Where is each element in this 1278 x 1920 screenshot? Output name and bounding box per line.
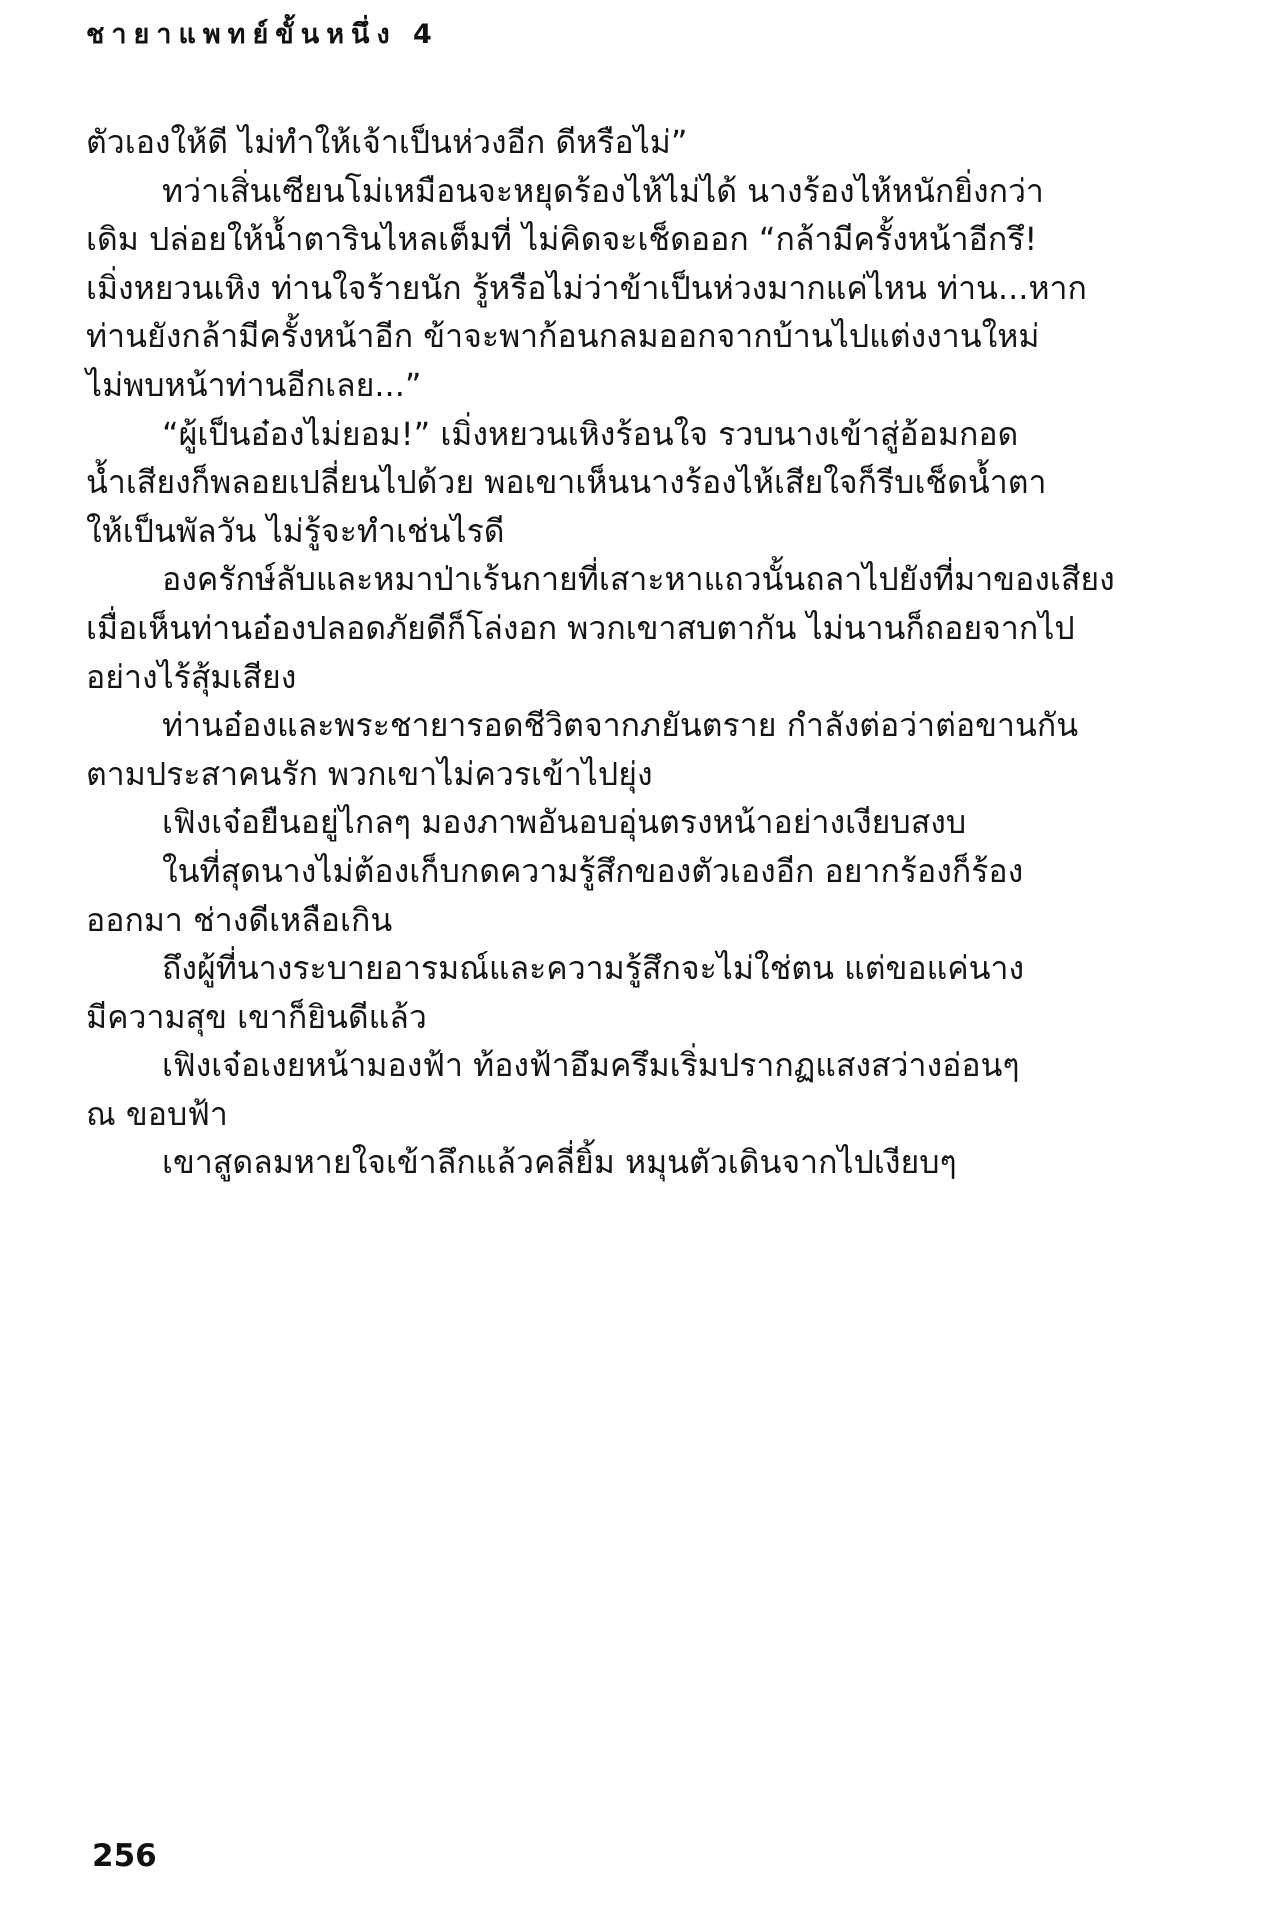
running-header-title: ชายาแพทย์ขั้นหนึ่ง 4 [86, 12, 439, 55]
text-line: “ผู้เป็นอ๋องไม่ยอม!” เมิ่งหยวนเหิงร้อนใจ… [86, 410, 978, 459]
text-line: ณ ขอบฟ้า [86, 1090, 978, 1139]
text-line: ออกมา ช่างดีเหลือเกิน [86, 896, 978, 945]
text-line: เมิ่งหยวนเหิง ท่านใจร้ายนัก รู้หรือไม่ว่… [86, 264, 978, 313]
text-line: มีความสุข เขาก็ยินดีแล้ว [86, 993, 978, 1042]
text-line: ทว่าเสิ่นเซียนโม่เหมือนจะหยุดร้องไห้ไม่ไ… [86, 167, 978, 216]
text-line: เมื่อเห็นท่านอ๋องปลอดภัยดีก็โล่งอก พวกเข… [86, 604, 978, 653]
text-line: เขาสูดลมหายใจเข้าลึกแล้วคลี่ยิ้ม หมุนตัว… [86, 1138, 978, 1187]
text-line: น้ำเสียงก็พลอยเปลี่ยนไปด้วย พอเขาเห็นนาง… [86, 458, 978, 507]
text-line: เดิม ปล่อยให้น้ำตารินไหลเต็มที่ ไม่คิดจะ… [86, 215, 978, 264]
body-text-block: ตัวเองให้ดี ไม่ทำให้เจ้าเป็นห่วงอีก ดีหร… [86, 118, 978, 1187]
text-line: ท่านยังกล้ามีครั้งหน้าอีก ข้าจะพาก้อนกลม… [86, 312, 978, 361]
text-line: อย่างไร้สุ้มเสียง [86, 653, 978, 702]
text-line: องครักษ์ลับและหมาป่าเร้นกายที่เสาะหาแถวน… [86, 555, 978, 604]
text-line: เฟิงเจ๋อยืนอยู่ไกลๆ มองภาพอันอบอุ่นตรงหน… [86, 798, 978, 847]
text-line: ท่านอ๋องและพระชายารอดชีวิตจากภยันตราย กำ… [86, 701, 978, 750]
text-line: ในที่สุดนางไม่ต้องเก็บกดความรู้สึกของตัว… [86, 847, 978, 896]
page-number: 256 [92, 1838, 157, 1874]
text-line: ให้เป็นพัลวัน ไม่รู้จะทำเช่นไรดี [86, 507, 978, 556]
book-page: ชายาแพทย์ขั้นหนึ่ง 4 ตัวเองให้ดี ไม่ทำให… [0, 0, 1278, 1920]
text-line: เฟิงเจ๋อเงยหน้ามองฟ้า ท้องฟ้าอึมครึมเริ่… [86, 1041, 978, 1090]
text-line: ตามประสาคนรัก พวกเขาไม่ควรเข้าไปยุ่ง [86, 750, 978, 799]
text-line: ถึงผู้ที่นางระบายอารมณ์และความรู้สึกจะไม… [86, 944, 978, 993]
text-line: ตัวเองให้ดี ไม่ทำให้เจ้าเป็นห่วงอีก ดีหร… [86, 118, 978, 167]
text-line: ไม่พบหน้าท่านอีกเลย...” [86, 361, 978, 410]
